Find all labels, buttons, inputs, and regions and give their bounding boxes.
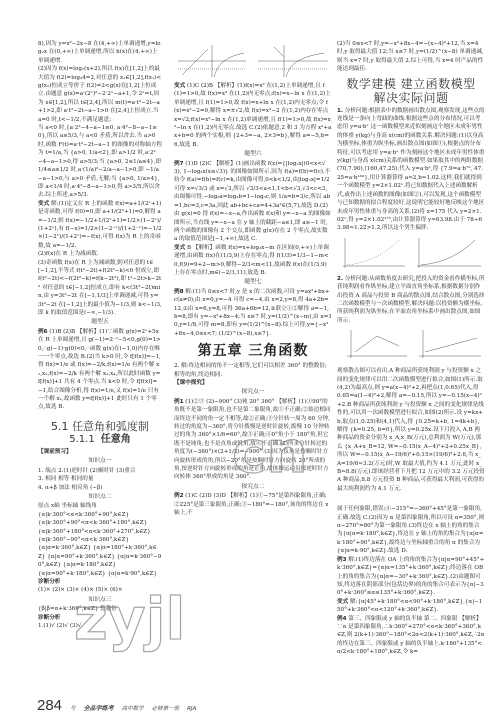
example-label: 例8 (174, 289, 184, 295)
answer-line: {α|α=k·360°,k∈Z} {α|α=180°+k·360°,k∈Z} {… (38, 544, 162, 569)
column-middle: 变式 (1)C (2)B 【解析】(1)f(x)=x² 在(1,2)上单调递增,… (174, 40, 332, 518)
example-label: 例6 (38, 329, 48, 335)
problem-number: 2. (337, 276, 343, 282)
variant-label: 变式 (337, 599, 348, 605)
subsection-name: 任意角 (101, 434, 131, 445)
variant-text: B 【解析】函数 f(x)=x+log₃x−m 在区间(0,+∞)上单调递增,由… (174, 245, 329, 276)
problem-block: 2. 分析问题:从函数角度去研究,把投入的资金看作横坐标,所获纯利润看作纵坐标,… (337, 275, 485, 325)
answer-line: 3. 相同 相等 相同的量 (38, 475, 162, 483)
answer-line: {α|k·360°+180°<α<k·360°+270°,k∈Z} (38, 528, 162, 536)
example-text: 解:(1)终边落在 OA 上的角的集合为{α|α=90°+45°+k·360°,… (337, 557, 484, 597)
preclass-label: 【课前预习】 (38, 448, 162, 456)
diagnosis-heading: 诊断分析 (38, 614, 162, 622)
example-block: 例6 (1)B (2)B 【解析】(1)∵函数 g(x)=2ˣ+5x 在 R 上… (38, 328, 162, 412)
paragraph: (2)因为 f(x)=log₂(x+2),所以 f(x)在[1,2]上的最大值为… (38, 65, 162, 124)
paragraph: 8),因为 y=x²−2x−8 在(4,+∞)上单调递增,y=log₂x 在(0… (38, 40, 162, 65)
example-text: (1)②③ (2)−900° (3)钝 20° 360° 【解析】(1)①90°… (174, 399, 330, 481)
example-label: 例2 (174, 493, 184, 499)
column-left: 8),因为 y=x²−2x−8 在(4,+∞)上单调递增,y=log₂x 在(0… (38, 40, 162, 630)
graph-figure (174, 43, 332, 79)
answer-line: {α|α=90°+k·180°,k∈Z} {α|α=k·90°,k∈Z} (38, 570, 162, 578)
variant-label: 变式 (174, 83, 185, 89)
example-label: 例4 (337, 616, 347, 622)
answer-line: {α|k·360°−90°<α<k·360°,k∈Z} (38, 536, 162, 544)
problem-text: 分析问题:从函数角度去研究,把投入的资金看作横坐标,所获纯利润看作纵坐标,建立平… (337, 276, 485, 324)
example-text: (1)B (2)B 【解析】(1)∵函数 g(x)=2ˣ+5x 在 R 上单调递… (38, 329, 161, 411)
paragraph: (2)f(x)在 R 上为减函数. (38, 250, 162, 258)
example-text: (1)C (2)D (3)D 【解析】(1)①−75°是第四象限角,正确;②22… (174, 493, 328, 516)
book-label: 必修第一册 (152, 704, 180, 712)
example-text: 解:(1)当 0≤x<7 时,y 是 x 的二次函数,可设 y=ax²+bx+c… (174, 289, 332, 337)
subsection-title: 5.1.1任意角 (38, 434, 162, 446)
paragraph: 观察散点图可以看出,A 种商品所获纯利润 y 与投资额 x 之间的变化规律可以用… (337, 367, 485, 493)
variant-block: 变式 B 【解析】函数 f(x)=x+log₃x−m 在区间(0,+∞)上单调递… (174, 244, 332, 278)
knowledge-point-heading: 知识点三 (38, 596, 162, 604)
example-block: 例8 解:(1)当 0≤x<7 时,y 是 x 的二次函数,可设 y=ax²+b… (174, 288, 332, 338)
answer-line: (1)× (2)× (3)× (4)× (5)× (6)× (38, 586, 162, 594)
subsection-number: 5.1.1 (69, 434, 94, 445)
example-block: 例3 解:(1)终边落在 OA 上的角的集合为{α|α=90°+45°+k·36… (337, 556, 485, 598)
diagnosis-heading: 诊断分析 (38, 578, 162, 586)
modeling-title-line1: 数学建模 建立函数模型 (337, 77, 485, 91)
page-footer: 284 号 全品学练考 高中数学 必修第一册 RJA (37, 697, 196, 714)
scatter-graphs (337, 236, 485, 272)
variant-text: 解:(1)定义在 R 上的函数 f(x)=a+1/(2ˣ+1)是奇函数,可得 f… (38, 201, 162, 249)
function-graphs (174, 43, 332, 79)
example-label: 例1 (174, 399, 184, 405)
type-heading: 题型六 (174, 150, 332, 158)
column-right: (2)当 0≤x<7 时,y=−x²+8x−4=−(x−4)²+12,当 x=4… (337, 40, 485, 657)
variant-block: 变式 解:(1)定义在 R 上的函数 f(x)=a+1/(2ˣ+1)是奇函数,可… (38, 200, 162, 250)
variant-block: 变式 (1)C (2)B 【解析】(1)f(x)=x² 在(1,2)上单调递增,… (174, 82, 332, 149)
paragraph: 属于任何象限,错误;④−315°=−360°+45°是第一象限角,正确.故选 C… (337, 505, 485, 555)
answer-line: 原点 x轴 坐标轴 轴线角 (38, 502, 162, 510)
problem-text: 分析问题:根据表中的数据画出散点图,观察发现,这些点的连线是一条向上弯曲的曲线.… (337, 108, 485, 232)
chapter-title: 第五章 三角函数 (174, 342, 332, 360)
explore-point-heading: 探究点二 (174, 483, 332, 491)
inclass-label: 【课中探究】 (174, 379, 332, 387)
answer-line: {α|k·360°<α<k·360°+90°,k∈Z} (38, 511, 162, 519)
answer-line: {β|β=α+k·360°,k∈Z} 整数倍 (38, 605, 162, 613)
problem-block: 1. 分析问题:根据表中的数据画出散点图,观察发现,这些点的连线是一条向上弯曲的… (337, 107, 485, 233)
paragraph: (3)奇函数 f(x)在 R 上为减函数,则对任意的 t∈[−1,2],不等式 … (38, 259, 162, 318)
edition-label: RJA (187, 706, 196, 712)
type-heading: 题型七 (174, 278, 332, 286)
section-title: 5.1 任意角和弧度制 (38, 420, 162, 434)
example-text: 第三、四象限或 y 轴的负半轴 第二、四象限 【解析】∵α 是第四象限角,∴k·… (337, 616, 484, 656)
page-number-suffix: 号 (70, 704, 76, 712)
example-block: 例1 (1)②③ (2)−900° (3)钝 20° 360° 【解析】(1)①… (174, 398, 332, 482)
example-text: (1)D (2)C 【解析】(1)画出函数 f(x)={|log₃x|(0<x<… (174, 161, 331, 243)
variant-label: 变式 (38, 201, 49, 207)
paragraph: 2. 解:终边相同的角不一定相等,它们可以相差 360° 的整数倍;相等的角,终… (174, 362, 332, 379)
answer-line: 1.(1)√ (2)√ (3)√ (38, 622, 162, 630)
knowledge-point-heading: 知识点二 (38, 493, 162, 501)
example-block: 例7 (1)D (2)C 【解析】(1)画出函数 f(x)={|log₃x|(0… (174, 160, 332, 244)
brand-name: 全品学练考 (84, 703, 114, 712)
explore-point-heading: 探究点一 (174, 388, 332, 396)
variant-text: (1)C (2)B 【解析】(1)f(x)=x² 在(1,2)上单调递增,且 f… (174, 83, 331, 148)
investment-graphs (337, 328, 485, 364)
subject-label: 高中数学 (122, 704, 144, 712)
modeling-title: 数学建模 建立函数模型 解决实际问题 (337, 77, 485, 105)
example-block: 例2 (1)C (2)D (3)D 【解析】(1)①−75°是第四象限角,正确;… (174, 492, 332, 517)
paragraph: 当 a<0 时,{a·2²−4−a−1≥0, a·4²−8−a−1≥0},所以 … (38, 124, 162, 200)
knowledge-point-heading: 知识点一 (38, 457, 162, 465)
variant-text: 解:{α|45°+k·180°<α<90°+k·180°,k∈Z},{α|−15… (337, 599, 482, 613)
growth-graph-figure (337, 236, 485, 272)
modeling-title-line2: 解决实际问题 (337, 91, 485, 105)
variant-label: 变式 (174, 245, 185, 251)
problem-number: 1. (337, 108, 343, 114)
example-label: 例3 (337, 557, 347, 563)
type-heading: 题型五 (38, 318, 162, 326)
answer-line: 4. α+β 加法 相反角 (−β) (38, 484, 162, 492)
example-block: 例4 第三、四象限或 y 轴的负半轴 第二、四象限 【解析】∵α 是第四象限角,… (337, 615, 485, 657)
paragraph: (2)当 0≤x<7 时,y=−x²+8x−4=−(x−4)²+12,当 x=4… (337, 40, 485, 74)
answer-line: {α|k·360°+90°<α<k·360°+180°,k∈Z} (38, 519, 162, 527)
variant-block: 变式 解:{α|45°+k·180°<α<90°+k·180°,k∈Z},{α|… (337, 598, 485, 615)
page-number: 284 (37, 697, 62, 714)
investment-graph-figure (337, 328, 485, 364)
answer-line: 1. 端点 2.(1)逆时针 (2)顺时针 (3)重合 (38, 467, 162, 475)
example-label: 例7 (174, 161, 184, 167)
